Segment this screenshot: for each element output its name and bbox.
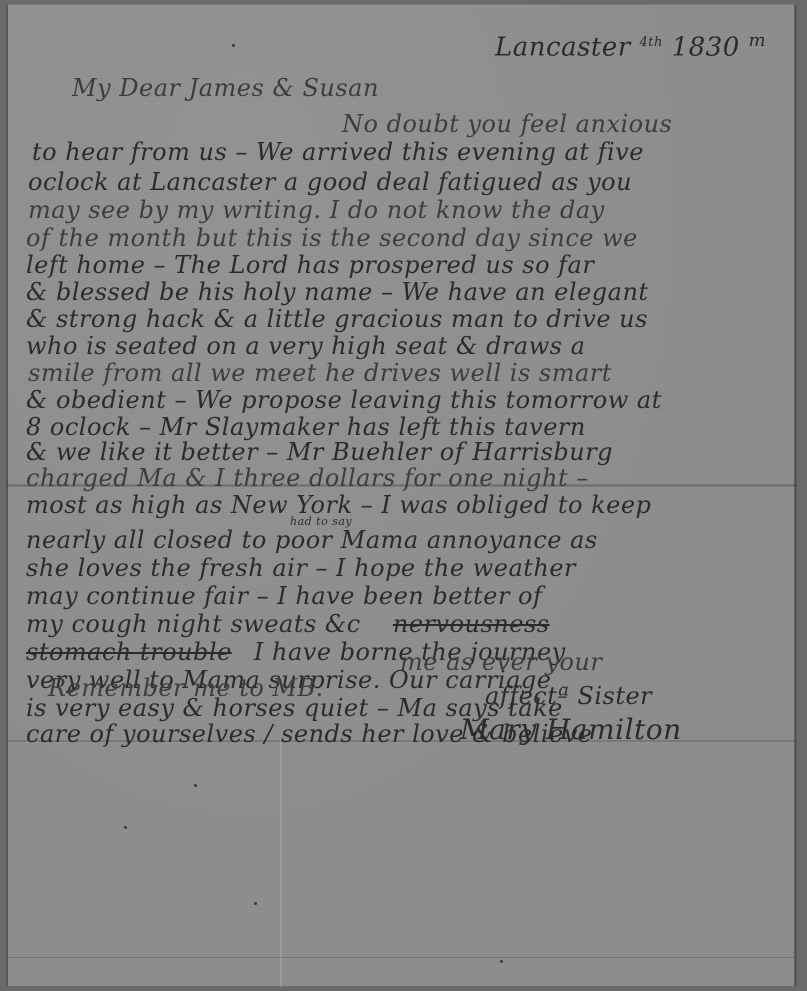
- body-line: to hear from us – We arrived this evenin…: [32, 140, 644, 164]
- date-month-abbrev: m: [749, 30, 767, 51]
- body-line-text: my cough night sweats &c: [26, 610, 361, 638]
- body-line: No doubt you feel anxious: [342, 112, 672, 136]
- closing-line: me as ever your: [400, 650, 602, 674]
- body-line: who is seated on a very high seat & draw…: [26, 334, 585, 358]
- body-line: & we like it better – Mr Buehler of Harr…: [26, 440, 613, 464]
- date-day: 4th: [639, 35, 662, 50]
- body-line: left home – The Lord has prospered us so…: [26, 253, 594, 277]
- body-line: smile from all we meet he drives well is…: [28, 361, 612, 385]
- body-line: oclock at Lancaster a good deal fatigued…: [28, 170, 632, 194]
- body-line: most as high as New York – I was obliged…: [26, 493, 651, 517]
- body-line: my cough night sweats &c nervousness: [26, 612, 550, 636]
- body-line: nearly all closed to poor Mama annoyance…: [26, 528, 598, 552]
- body-line: & blessed be his holy name – We have an …: [26, 280, 649, 304]
- body-line: & obedient – We propose leaving this tom…: [26, 388, 662, 412]
- body-line: of the month but this is the second day …: [26, 226, 638, 250]
- struck-through-word: nervousness: [393, 610, 550, 638]
- ink-speck: [194, 784, 197, 787]
- ink-speck: [254, 902, 257, 905]
- salutation: My Dear James & Susan: [72, 76, 379, 100]
- ink-speck: [232, 44, 235, 47]
- paper-edge-line: [6, 957, 797, 958]
- body-line: may continue fair – I have been better o…: [26, 584, 542, 608]
- place-name: Lancaster: [495, 33, 631, 63]
- signature: Mary Hamilton: [460, 716, 682, 744]
- body-line: she loves the fresh air – I hope the wea…: [26, 556, 576, 580]
- body-line: 8 oclock – Mr Slaymaker has left this ta…: [26, 415, 586, 439]
- date-year: 1830: [672, 33, 740, 63]
- letter-place-date: Lancaster 4th 1830 m: [495, 32, 766, 61]
- body-line: may see by my writing. I do not know the…: [28, 198, 605, 222]
- postscript: Remember me to MB.: [48, 676, 324, 700]
- fold-crease-vertical: [280, 740, 282, 987]
- ink-speck: [124, 826, 127, 829]
- body-line: charged Ma & I three dollars for one nig…: [26, 466, 589, 490]
- ink-speck: [500, 960, 503, 963]
- body-line: & strong hack & a little gracious man to…: [26, 307, 648, 331]
- closing: affectª Sister: [485, 684, 652, 708]
- scanned-letter: Lancaster 4th 1830 m My Dear James & Sus…: [0, 0, 807, 991]
- struck-through-word: stomach trouble: [26, 638, 232, 666]
